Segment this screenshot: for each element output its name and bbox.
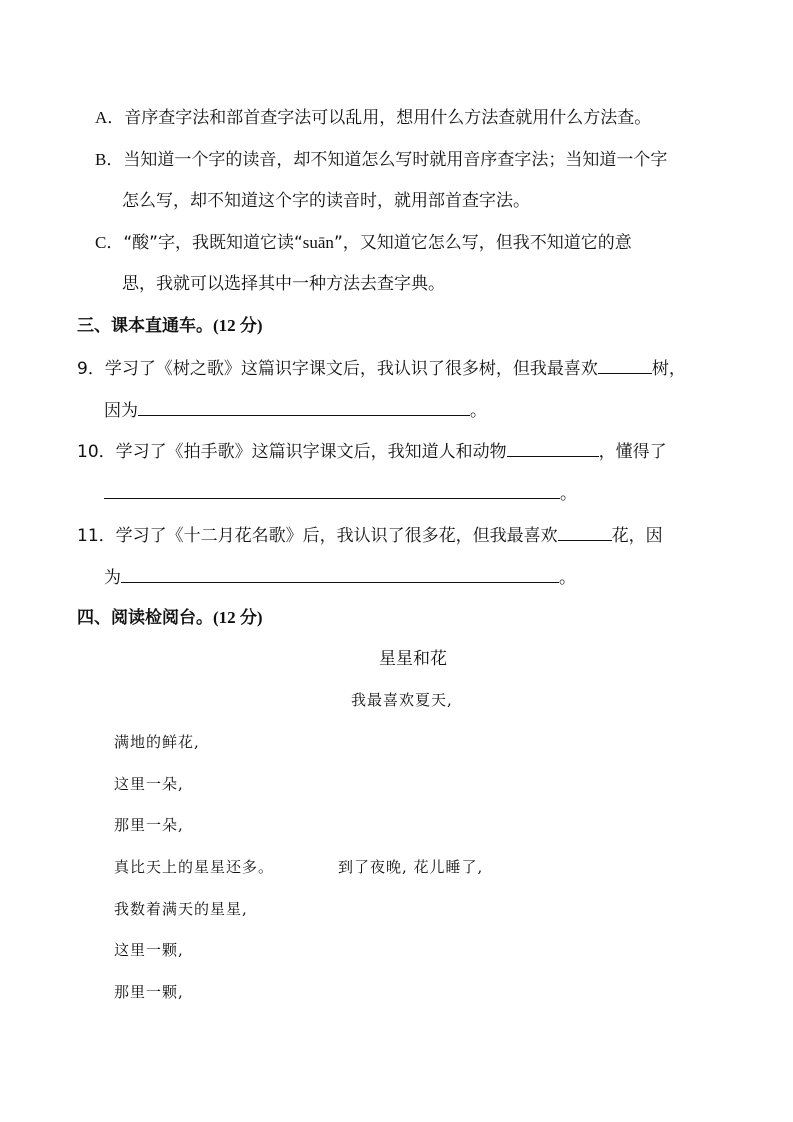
question-9-line-1: 9．学习了《树之歌》这篇识字课文后，我认识了很多树，但我最喜欢树， — [77, 357, 686, 380]
question-9-number: 9． — [77, 359, 105, 379]
question-9-tree-blank[interactable] — [598, 357, 652, 374]
poem-line-6: 到了夜晚, 花儿睡了, — [338, 857, 483, 877]
poem-line-9: 那里一颗, — [114, 982, 184, 1002]
poem-line-2: 满地的鲜花, — [114, 732, 200, 752]
question-10-end: 。 — [560, 484, 577, 504]
section-3-heading: 三、课本直通车。(12 分) — [77, 315, 263, 337]
option-a: A．音序查字法和部首查字法可以乱用，想用什么方法查就用什么方法查。 — [95, 107, 651, 129]
section-4-heading: 四、阅读检阅台。(12 分) — [77, 607, 263, 629]
question-11-text-2a: 为 — [104, 568, 121, 588]
question-11-reason-blank[interactable] — [121, 566, 559, 583]
question-9-text-2a: 因为 — [104, 401, 138, 421]
option-b-text-1: 当知道一个字的读音，却不知道怎么写时就用音序查字法；当知道一个字 — [123, 150, 667, 170]
option-c-label: C． — [95, 233, 123, 252]
option-c-pinyin: suān — [303, 233, 334, 252]
poem-line-8: 这里一颗, — [114, 940, 184, 960]
question-11-number: 11． — [77, 526, 116, 546]
poem-line-7: 我数着满天的星星, — [114, 899, 248, 919]
question-10-text-1b: ，懂得了 — [599, 442, 667, 462]
question-11-text-1b: 花，因 — [612, 526, 663, 546]
option-c-text-1b: ”，又知道它怎么写，但我不知道它的意 — [334, 233, 632, 253]
question-11-end: 。 — [559, 568, 576, 588]
section-3-title: 三、课本直通车。 — [77, 316, 213, 336]
question-11-line-2: 为。 — [104, 566, 576, 589]
question-10-number: 10． — [77, 442, 116, 462]
section-4-title: 四、阅读检阅台。 — [77, 608, 213, 628]
question-10-line-2: 。 — [104, 482, 577, 505]
poem-line-5: 真比天上的星星还多。 — [114, 857, 274, 877]
option-b-text-2: 怎么写，却不知道这个字的读音时，就用部首查字法。 — [122, 191, 530, 211]
section-3-points: (12 分) — [213, 316, 263, 335]
question-9-text-1a: 学习了《树之歌》这篇识字课文后，我认识了很多树，但我最喜欢 — [105, 359, 598, 379]
question-10-blank-2[interactable] — [104, 482, 560, 499]
poem-line-4: 那里一朵, — [114, 815, 184, 835]
question-10-blank-1[interactable] — [507, 440, 599, 457]
section-4-points: (12 分) — [213, 608, 263, 627]
question-9-end: 。 — [470, 401, 487, 421]
poem-line-1: 我最喜欢夏天, — [351, 690, 453, 710]
poem-title: 星星和花 — [379, 648, 447, 670]
question-9-text-1b: 树， — [652, 359, 686, 379]
option-b-line-2: 怎么写，却不知道这个字的读音时，就用部首查字法。 — [122, 190, 530, 212]
poem-line-3: 这里一朵, — [114, 774, 184, 794]
option-b-line-1: B．当知道一个字的读音，却不知道怎么写时就用音序查字法；当知道一个字 — [95, 149, 667, 171]
option-c-line-2: 思，我就可以选择其中一种方法去查字典。 — [122, 273, 445, 295]
question-11-line-1: 11．学习了《十二月花名歌》后，我认识了很多花，但我最喜欢花，因 — [77, 524, 663, 547]
question-11-flower-blank[interactable] — [558, 524, 612, 541]
question-9-reason-blank[interactable] — [138, 399, 470, 416]
question-10-text-1a: 学习了《拍手歌》这篇识字课文后，我知道人和动物 — [116, 442, 507, 462]
option-c-text-1a: “酸”字，我既知道它读“ — [123, 233, 302, 253]
option-c-text-2: 思，我就可以选择其中一种方法去查字典。 — [122, 274, 445, 294]
question-10-line-1: 10．学习了《拍手歌》这篇识字课文后，我知道人和动物，懂得了 — [77, 440, 667, 463]
option-c-line-1: C．“酸”字，我既知道它读“suān”，又知道它怎么写，但我不知道它的意 — [95, 232, 632, 254]
option-a-text: 音序查字法和部首查字法可以乱用，想用什么方法查就用什么方法查。 — [124, 108, 651, 128]
question-11-text-1a: 学习了《十二月花名歌》后，我认识了很多花，但我最喜欢 — [116, 526, 558, 546]
option-a-label: A． — [95, 108, 124, 127]
option-b-label: B． — [95, 150, 123, 169]
question-9-line-2: 因为。 — [104, 399, 487, 422]
